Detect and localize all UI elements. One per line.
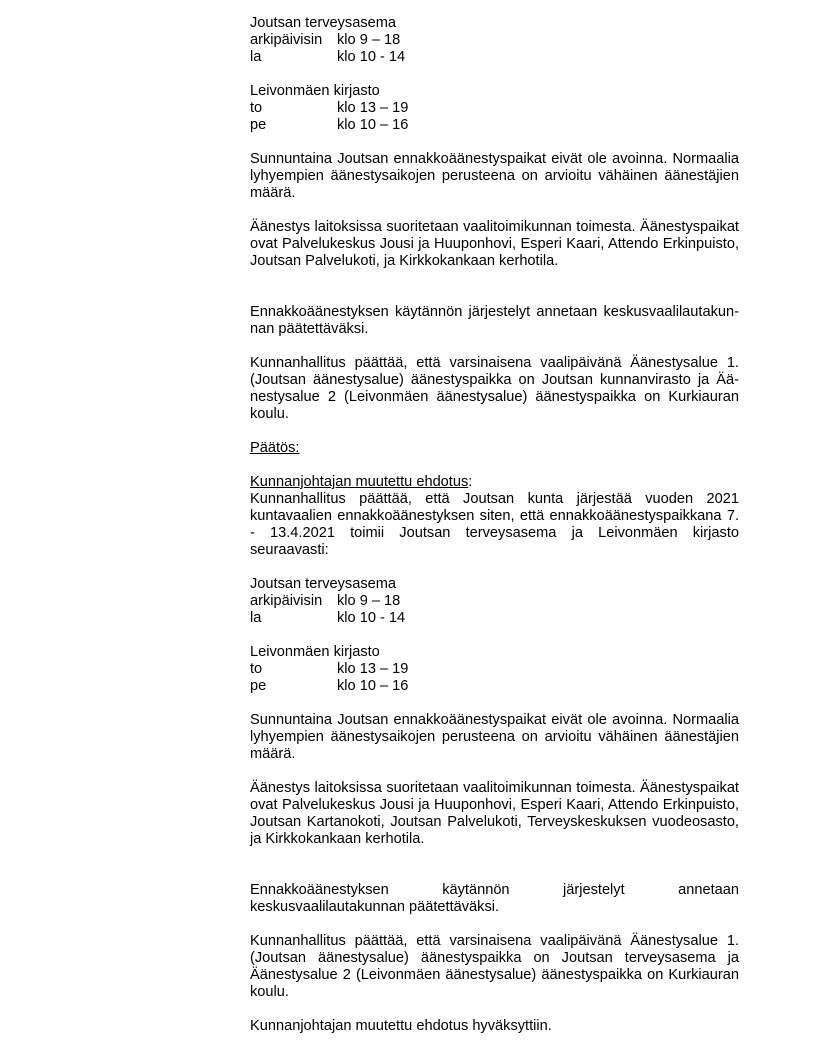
paragraph-arrangements: Ennakkoäänestyksen käytännön järjestelyt… bbox=[250, 304, 739, 338]
hours-time: klo 10 - 14 bbox=[337, 610, 405, 627]
hours-day: pe bbox=[250, 678, 337, 695]
proposal-heading: Kunnanjohtajan muutettu ehdotus bbox=[250, 474, 468, 490]
site-block-terveysasema: Joutsan terveysasema arkipäivisin klo 9 … bbox=[250, 15, 739, 66]
hours-time: klo 10 – 16 bbox=[337, 117, 408, 134]
hours-time: klo 10 - 14 bbox=[337, 49, 405, 66]
site-name: Leivonmäen kirjasto bbox=[250, 83, 739, 100]
hours-day: pe bbox=[250, 117, 337, 134]
hours-row: to klo 13 – 19 bbox=[250, 100, 739, 117]
paragraph-decision-result: Kunnanjohtajan muutettu ehdotus hyväksyt… bbox=[250, 1018, 739, 1035]
paragraph-sunday: Sunnuntaina Joutsan ennakkoäänestyspaika… bbox=[250, 151, 739, 202]
paragraph-decision-sunday: Sunnuntaina Joutsan ennakkoäänestyspaika… bbox=[250, 712, 739, 763]
site-name: Joutsan terveysasema bbox=[250, 576, 739, 593]
hours-row: arkipäivisin klo 9 – 18 bbox=[250, 593, 739, 610]
hours-time: klo 10 – 16 bbox=[337, 678, 408, 695]
paragraph-decision-election-day: Kunnanhallitus päättää, että varsinaisen… bbox=[250, 933, 739, 1001]
hours-day: to bbox=[250, 661, 337, 678]
hours-row: arkipäivisin klo 9 – 18 bbox=[250, 32, 739, 49]
document-page: Joutsan terveysasema arkipäivisin klo 9 … bbox=[250, 15, 739, 1035]
hours-day: to bbox=[250, 100, 337, 117]
paragraph-decision-institutions: Äänestys laitoksissa suoritetaan vaalito… bbox=[250, 780, 739, 848]
hours-time: klo 13 – 19 bbox=[337, 100, 408, 117]
site-block-kirjasto: Leivonmäen kirjasto to klo 13 – 19 pe kl… bbox=[250, 83, 739, 134]
hours-row: to klo 13 – 19 bbox=[250, 661, 739, 678]
hours-time: klo 9 – 18 bbox=[337, 593, 400, 610]
hours-time: klo 13 – 19 bbox=[337, 661, 408, 678]
proposal-heading-colon: : bbox=[468, 474, 472, 490]
decision-heading: Päätös: bbox=[250, 440, 739, 457]
site-name: Leivonmäen kirjasto bbox=[250, 644, 739, 661]
hours-row: pe klo 10 – 16 bbox=[250, 678, 739, 695]
hours-row: pe klo 10 – 16 bbox=[250, 117, 739, 134]
paragraph-decision-intro: Kunnanhallitus päättää, että Joutsan kun… bbox=[250, 491, 739, 559]
hours-day: arkipäivisin bbox=[250, 32, 337, 49]
site-name: Joutsan terveysasema bbox=[250, 15, 739, 32]
hours-day: la bbox=[250, 610, 337, 627]
paragraph-election-day: Kunnanhallitus päättää, että varsinaisen… bbox=[250, 355, 739, 423]
hours-day: la bbox=[250, 49, 337, 66]
decision-site-block-kirjasto: Leivonmäen kirjasto to klo 13 – 19 pe kl… bbox=[250, 644, 739, 695]
paragraph-decision-arrangements: Ennakkoäänestyksen käytännön järjestelyt… bbox=[250, 882, 739, 916]
paragraph-institutions: Äänestys laitoksissa suoritetaan vaalito… bbox=[250, 219, 739, 270]
hours-day: arkipäivisin bbox=[250, 593, 337, 610]
hours-row: la klo 10 - 14 bbox=[250, 610, 739, 627]
hours-row: la klo 10 - 14 bbox=[250, 49, 739, 66]
hours-time: klo 9 – 18 bbox=[337, 32, 400, 49]
decision-site-block-terveysasema: Joutsan terveysasema arkipäivisin klo 9 … bbox=[250, 576, 739, 627]
proposal-heading-line: Kunnanjohtajan muutettu ehdotus: bbox=[250, 474, 739, 491]
